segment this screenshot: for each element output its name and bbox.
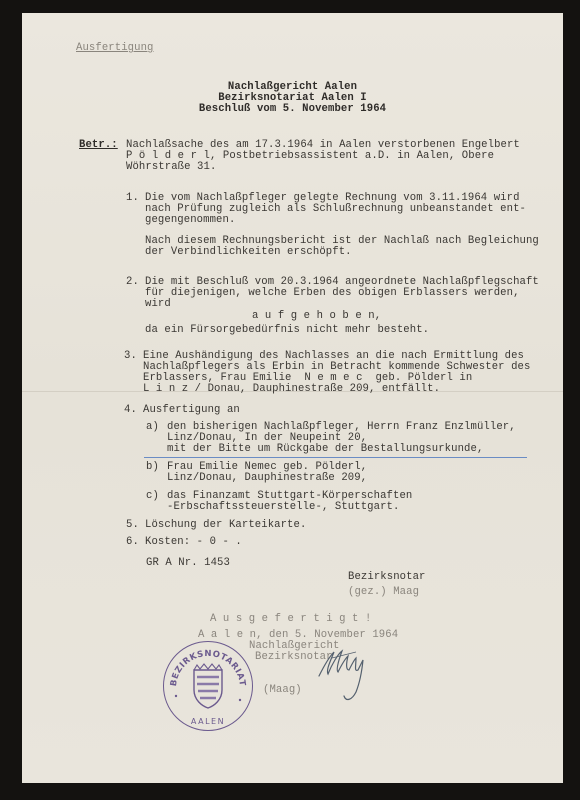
official-stamp: BEZIRKSNOTARIAT AALEN bbox=[163, 641, 253, 731]
item-line: Kosten: - 0 - . bbox=[145, 537, 242, 549]
item-number: 3. bbox=[124, 351, 137, 363]
item-line: der Verbindlichkeiten erschöpft. bbox=[145, 247, 352, 259]
subject-line: Wöhrstraße 31. bbox=[126, 162, 216, 174]
signatory-title: Bezirksnotar bbox=[348, 572, 426, 584]
handwritten-signature bbox=[316, 638, 376, 708]
item-number: 2. bbox=[126, 277, 139, 289]
recipient-line: mit der Bitte um Rückgabe der Bestallung… bbox=[167, 444, 483, 456]
certification-name: (Maag) bbox=[263, 685, 302, 697]
item-emphasis: a u f g e h o b e n, bbox=[252, 311, 381, 323]
recipient-line: Linz/Donau, Dauphinestraße 209, bbox=[167, 473, 367, 485]
item-line: für diejenigen, welche Erben des obigen … bbox=[145, 288, 520, 300]
header-label: Ausfertigung bbox=[76, 43, 154, 55]
item-line: wird bbox=[145, 299, 171, 311]
item-line: Löschung der Karteikarte. bbox=[145, 520, 306, 532]
item-line: da ein Fürsorgebedürfnis nicht mehr best… bbox=[145, 325, 429, 337]
coat-of-arms-icon bbox=[194, 664, 222, 708]
decision-date: Beschluß vom 5. November 1964 bbox=[22, 104, 563, 116]
recipient-letter: c) bbox=[146, 491, 159, 503]
item-number: 5. bbox=[126, 520, 139, 532]
item-line: L i n z / Donau, Dauphinestraße 209, ent… bbox=[143, 384, 440, 396]
item-number: 1. bbox=[126, 193, 139, 205]
stamp-top-text: BEZIRKSNOTARIAT bbox=[169, 649, 247, 687]
reference-number: GR A Nr. 1453 bbox=[146, 558, 230, 570]
item-number: 4. bbox=[124, 405, 137, 417]
svg-text:BEZIRKSNOTARIAT: BEZIRKSNOTARIAT bbox=[169, 649, 247, 687]
item-number: 6. bbox=[126, 537, 139, 549]
signatory-name: (gez.) Maag bbox=[348, 587, 419, 599]
stamp-bottom-text: AALEN bbox=[191, 717, 225, 726]
blue-underline bbox=[144, 457, 527, 458]
document-page: Ausfertigung Nachlaßgericht Aalen Bezirk… bbox=[22, 13, 563, 783]
recipient-letter: a) bbox=[146, 422, 159, 434]
recipient-letter: b) bbox=[146, 462, 159, 474]
item-line: gegengenommen. bbox=[145, 215, 235, 227]
item-line: Ausfertigung an bbox=[143, 405, 240, 417]
subject-label: Betr.: bbox=[79, 140, 118, 152]
certification-title: A u s g e f e r t i g t ! bbox=[210, 614, 371, 626]
recipient-line: -Erbschaftssteuerstelle-, Stuttgart. bbox=[167, 502, 399, 514]
